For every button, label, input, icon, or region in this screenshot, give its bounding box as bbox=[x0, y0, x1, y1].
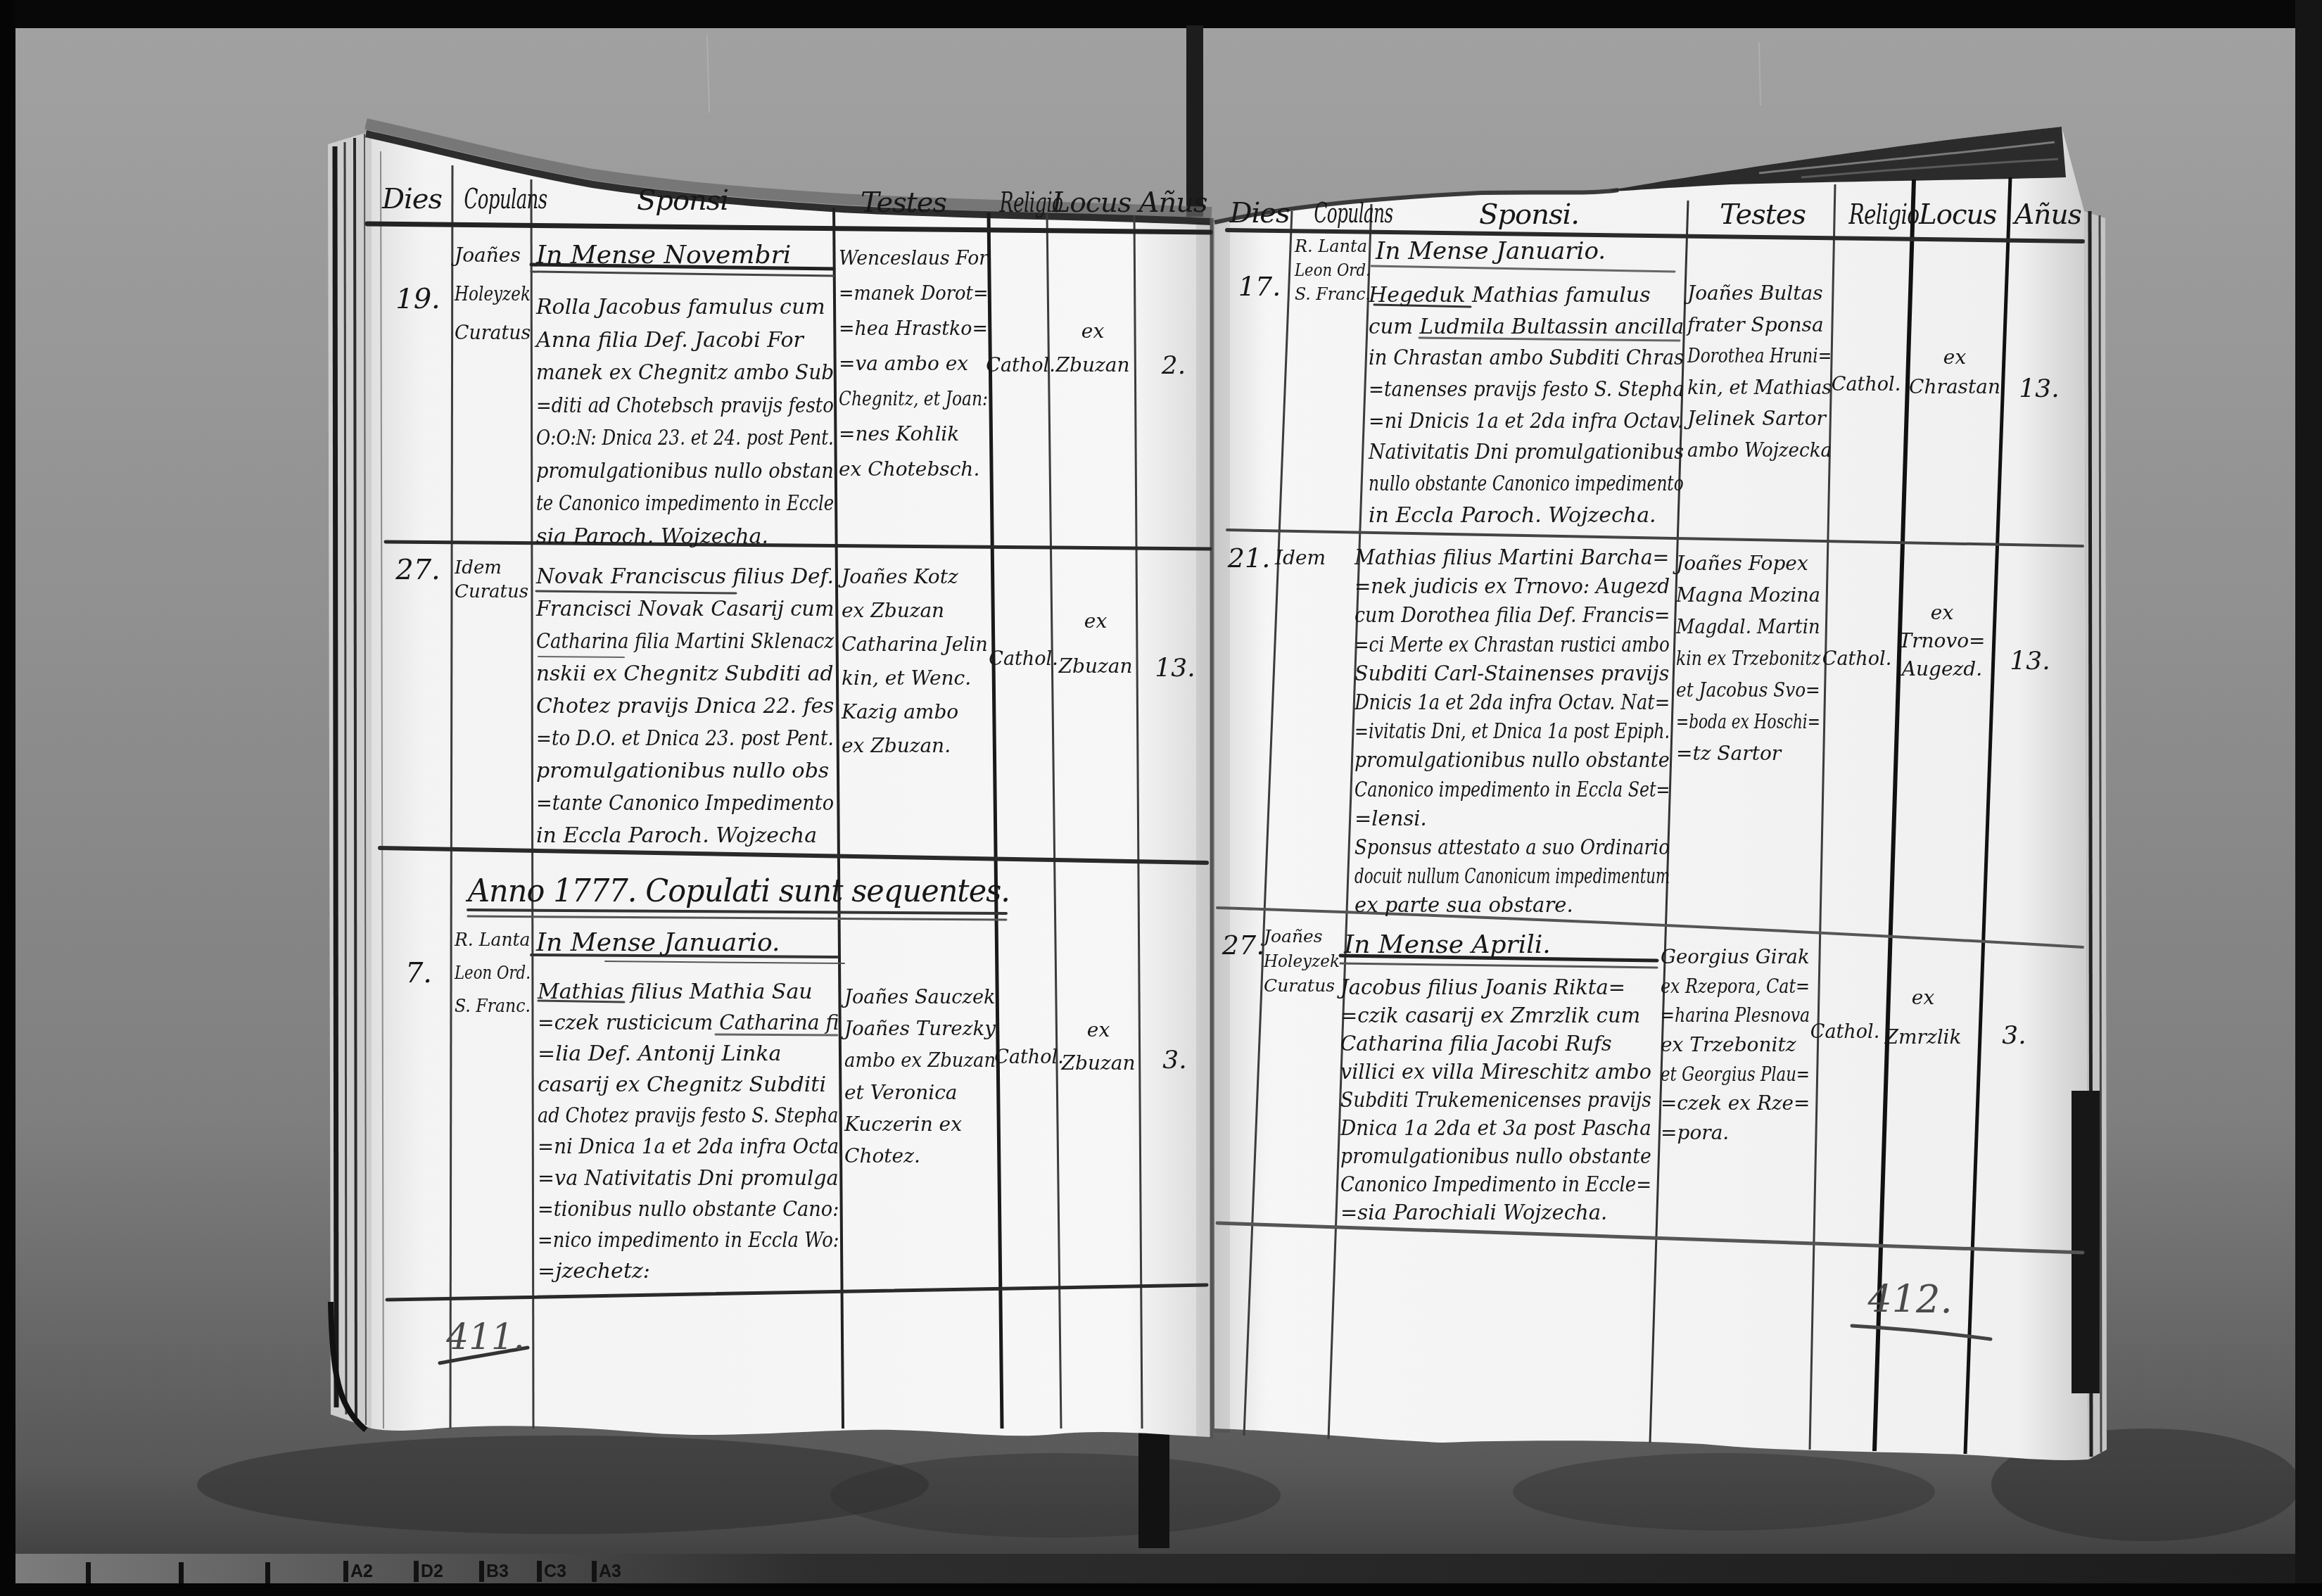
locus-line-text: ex bbox=[1931, 599, 1953, 627]
sponsi-line-text: =tanenses pravijs festo S. Stepha bbox=[1369, 374, 1684, 406]
locus-line: Zbuzan bbox=[1053, 644, 1138, 689]
testes-line-text: ex Zbuzan. bbox=[842, 729, 951, 763]
sponsi-line: =diti ad Chotebsch pravijs festo bbox=[536, 390, 834, 423]
testes-line: =nes Kohlik bbox=[839, 417, 988, 452]
header-locus-text: Locus bbox=[1052, 182, 1131, 224]
testes-line-text: =nes Kohlik bbox=[839, 417, 959, 452]
copulans-cell: JoañesHoleyzekCuratus bbox=[1264, 924, 1340, 998]
sponsi-line-text: Nativitatis Dni promulgationibus bbox=[1369, 437, 1684, 469]
sponsi-line: =nico impedimento in Eccla Wo: bbox=[538, 1225, 839, 1256]
header-dies: Dies bbox=[1228, 192, 1291, 234]
sponsi-line-text: Hegeduk Mathias famulus bbox=[1369, 280, 1651, 312]
copulans-line-text: Curatus bbox=[1264, 973, 1335, 998]
entry-day: 27. bbox=[386, 552, 450, 588]
sponsi-line-text: Canonico Impedimento in Eccle= bbox=[1340, 1170, 1651, 1198]
copulans-line: Curatus bbox=[455, 580, 531, 604]
month-heading-text: In Mense Januario. bbox=[536, 927, 780, 959]
testes-cell: Joañes SauczekJoañes Turezkyambo ex Zbuz… bbox=[844, 981, 996, 1172]
copulans-line: Leon Ord. bbox=[455, 957, 531, 990]
locus-line-text: Zbuzan bbox=[1056, 348, 1130, 382]
year-section-heading: Anno 1777. Copulati sunt sequentes. bbox=[468, 873, 1010, 911]
testes-cell: Joañes FopexMagna MozinaMagdal. Martinki… bbox=[1676, 547, 1820, 769]
sponsi-line-text: =ci Merte ex Chrastan rustici ambo bbox=[1354, 631, 1670, 659]
sponsi-line: ad Chotez pravijs festo S. Stepha bbox=[538, 1101, 839, 1132]
page-number-text: 411. bbox=[446, 1316, 524, 1358]
header-locus: Locus bbox=[1917, 194, 1995, 236]
sponsi-line-text: in Chrastan ambo Subditi Chras bbox=[1369, 343, 1684, 374]
sponsi-line-text: Subditi Trukemenicenses pravijs bbox=[1340, 1086, 1651, 1114]
testes-line-text: Dorothea Hruni= bbox=[1687, 341, 1832, 372]
sponsi-line: Dnicis 1a et 2da infra Octav. Nat= bbox=[1354, 688, 1670, 717]
header-sponsi: Sponsi bbox=[619, 179, 746, 222]
testes-line-text: kin ex Trzebonitz bbox=[1676, 642, 1820, 674]
sponsi-cell: Hegeduk Mathias famuluscum Ludmila Bulta… bbox=[1369, 280, 1684, 532]
sponsi-line: casarij ex Chegnitz Subditi bbox=[538, 1070, 839, 1101]
testes-line-text: ambo ex Zbuzan bbox=[844, 1044, 996, 1076]
sponsi-cell: Novak Franciscus filius Def.Francisci No… bbox=[536, 561, 834, 852]
sponsi-line: Canonico Impedimento in Eccle= bbox=[1340, 1170, 1651, 1198]
testes-line-text: Kazig ambo bbox=[842, 695, 958, 729]
copulans-cell: JoañesHoleyzekCuratus bbox=[455, 236, 531, 352]
sponsi-line-text: cum Ludmila Bultassin ancilla bbox=[1369, 312, 1684, 343]
sponsi-line: =jzechetz: bbox=[538, 1256, 839, 1287]
header-sponsi-text: Sponsi. bbox=[1479, 194, 1579, 236]
testes-line-text: frater Sponsa bbox=[1687, 310, 1824, 341]
sponsi-line-text: Subditi Carl-Stainenses pravijs bbox=[1354, 659, 1669, 688]
copulans-line: Curatus bbox=[455, 313, 531, 352]
testes-line: =hea Hrastko= bbox=[839, 311, 988, 346]
locus-line: Zmrzlik bbox=[1877, 1018, 1969, 1057]
annus-cell: 3. bbox=[1981, 1018, 2048, 1053]
left-fore-edge bbox=[328, 131, 372, 1430]
sponsi-line-text: =lensi. bbox=[1354, 804, 1427, 833]
locus-line-text: ex bbox=[1943, 343, 1966, 372]
copulans-line-text: Idem bbox=[455, 556, 502, 580]
sponsi-line: Catharina filia Jacobi Rufs bbox=[1340, 1030, 1651, 1058]
testes-line-text: ex Trzebonitz bbox=[1661, 1030, 1796, 1060]
annus-cell: 3. bbox=[1141, 1043, 1208, 1078]
sponsi-line: =lensi. bbox=[1354, 804, 1670, 833]
sponsi-line-text: Rolla Jacobus famulus cum bbox=[536, 291, 825, 324]
sponsi-line-text: Dnica 1a 2da et 3a post Pascha bbox=[1340, 1114, 1651, 1142]
entry-day-text: 27. bbox=[395, 552, 440, 588]
testes-line: ex Rzepora, Cat= bbox=[1661, 972, 1810, 1001]
sponsi-line-text: =nek judicis ex Trnovo: Augezd bbox=[1354, 572, 1670, 601]
sponsi-line-text: Anna filia Def. Jacobi For bbox=[536, 324, 804, 357]
header-dies-text: Dies bbox=[1229, 192, 1289, 234]
sponsi-line: promulgationibus nullo obs bbox=[536, 755, 834, 787]
film-marker: B3 bbox=[479, 1561, 509, 1582]
testes-line: ex Chotebsch. bbox=[839, 452, 988, 487]
sponsi-line-text: in Eccla Paroch. Wojzecha. bbox=[1369, 500, 1656, 532]
page-number: 412. bbox=[1863, 1277, 1958, 1322]
testes-line-text: kin, et Wenc. bbox=[842, 661, 971, 695]
sponsi-line-text: =ni Dnicis 1a et 2da infra Octav. bbox=[1369, 406, 1683, 438]
locus-cell: exZbuzan bbox=[1050, 315, 1136, 382]
copulans-line-text: Curatus bbox=[455, 313, 531, 352]
copulans-cell: R. LantaLeon Ord.S. Franc. bbox=[1295, 234, 1371, 306]
copulans-line-text: Holeyzek bbox=[455, 274, 531, 313]
testes-line-text: =manek Dorot= bbox=[839, 276, 988, 311]
entry-day-text: 7. bbox=[405, 956, 432, 991]
annus-text: 3. bbox=[1162, 1043, 1186, 1078]
header-copulans-text: Copulans bbox=[464, 178, 547, 220]
testes-line: ex Trzebonitz bbox=[1661, 1030, 1810, 1060]
locus-cell: exZbuzan bbox=[1053, 599, 1138, 689]
sponsi-line-text: =tante Canonico Impedimento bbox=[536, 787, 834, 820]
religio-cell: Cathol. bbox=[1828, 367, 1904, 403]
sponsi-line: Jacobus filius Joanis Rikta= bbox=[1340, 973, 1651, 1001]
testes-line: Wenceslaus For bbox=[839, 241, 988, 276]
sponsi-line: in Chrastan ambo Subditi Chras bbox=[1369, 343, 1684, 374]
testes-line-text: Chegnitz, et Joan: bbox=[839, 381, 988, 417]
sponsi-line-text: Chotez pravijs Dnica 22. fes bbox=[536, 690, 834, 723]
header-annus: Añus bbox=[2014, 194, 2081, 236]
month-heading: In Mense Januario. bbox=[536, 927, 837, 959]
testes-line-text: Joañes Fopex bbox=[1676, 547, 1808, 579]
sponsi-line: nskii ex Chegnitz Subditi ad bbox=[536, 658, 834, 690]
testes-line: Joañes Kotz bbox=[842, 560, 988, 594]
month-heading: In Mense Aprili. bbox=[1344, 929, 1647, 961]
sponsi-line: promulgationibus nullo obstante bbox=[1354, 746, 1670, 775]
sponsi-line-text: villici ex villa Mireschitz ambo bbox=[1340, 1058, 1651, 1086]
copulans-line: Idem bbox=[1275, 546, 1352, 570]
sponsi-line: te Canonico impedimento in Eccle bbox=[536, 488, 834, 521]
sponsi-cell: Rolla Jacobus famulus cumAnna filia Def.… bbox=[536, 291, 834, 553]
sponsi-line-text: Mathias filius Martini Barcha= bbox=[1354, 543, 1669, 572]
locus-cell: exChrastan bbox=[1905, 343, 2004, 402]
annus-text: 13. bbox=[1155, 651, 1195, 686]
religio-cell: Cathol. bbox=[1808, 1015, 1882, 1050]
sponsi-line-text: =diti ad Chotebsch pravijs festo bbox=[536, 390, 834, 423]
testes-line-text: ex Rzepora, Cat= bbox=[1661, 972, 1810, 1001]
testes-line-text: =tz Sartor bbox=[1676, 737, 1781, 769]
sponsi-line: in Eccla Paroch. Wojzecha bbox=[536, 820, 834, 852]
testes-line: Kazig ambo bbox=[842, 695, 988, 729]
sponsi-line: cum Ludmila Bultassin ancilla bbox=[1369, 312, 1684, 343]
sponsi-line-text: sia Paroch. Wojzecha. bbox=[536, 521, 768, 554]
sponsi-line: docuit nullum Canonicum impedimentum bbox=[1354, 862, 1670, 891]
sponsi-line: Sponsus attestato a suo Ordinario bbox=[1354, 833, 1670, 862]
locus-line-text: Zmrzlik bbox=[1884, 1018, 1961, 1057]
locus-line: ex bbox=[1894, 599, 1990, 627]
copulans-line: Curatus bbox=[1264, 973, 1340, 998]
locus-line-text: Zbuzan bbox=[1062, 1046, 1136, 1079]
sponsi-line-text: =lia Def. Antonij Linka bbox=[538, 1039, 781, 1070]
religio-text: Cathol. bbox=[1832, 367, 1901, 403]
religio-text: Cathol. bbox=[994, 1040, 1063, 1075]
sponsi-line: manek ex Chegnitz ambo Sub bbox=[536, 357, 834, 390]
testes-line: ambo ex Zbuzan bbox=[844, 1044, 996, 1076]
sponsi-line: Novak Franciscus filius Def. bbox=[536, 561, 834, 593]
testes-line: frater Sponsa bbox=[1687, 310, 1832, 341]
testes-line-text: Magdal. Martin bbox=[1676, 611, 1820, 642]
sponsi-line-text: =nico impedimento in Eccla Wo: bbox=[538, 1225, 839, 1256]
copulans-line: S. Franc. bbox=[1295, 282, 1371, 306]
header-copulans-text: Copulans bbox=[1314, 192, 1392, 234]
annus-text: 13. bbox=[2010, 644, 2050, 679]
testes-line: =harina Plesnova bbox=[1661, 1001, 1810, 1030]
testes-line-text: Catharina Jelin bbox=[842, 628, 988, 661]
header-dies-text: Dies bbox=[382, 178, 442, 220]
testes-line: et Georgius Plau= bbox=[1661, 1060, 1810, 1089]
sponsi-line-text: =to D.O. et Dnica 23. post Pent. bbox=[536, 723, 834, 755]
sponsi-line: O:O:N: Dnica 23. et 24. post Pent. bbox=[536, 422, 834, 455]
copulans-line-text: R. Lanta bbox=[1295, 234, 1367, 258]
header-annus-text: Añus bbox=[1139, 182, 1207, 224]
testes-line: Georgius Girak bbox=[1661, 942, 1810, 972]
sponsi-line-text: Francisci Novak Casarij cum bbox=[536, 593, 835, 626]
testes-line: kin, et Mathias bbox=[1687, 372, 1832, 404]
testes-line-text: =boda ex Hoschi= bbox=[1676, 706, 1820, 737]
sponsi-line: Chotez pravijs Dnica 22. fes bbox=[536, 690, 834, 723]
sponsi-line-text: Jacobus filius Joanis Rikta= bbox=[1340, 973, 1625, 1001]
testes-line: Chegnitz, et Joan: bbox=[839, 381, 988, 417]
testes-line: Kuczerin ex bbox=[844, 1108, 996, 1140]
sponsi-line-text: docuit nullum Canonicum impedimentum bbox=[1354, 862, 1670, 891]
header-annus-text: Añus bbox=[2015, 194, 2081, 236]
sponsi-line-text: promulgationibus nullo obstante bbox=[1340, 1142, 1651, 1170]
entry-day: 27. bbox=[1221, 927, 1266, 963]
annus-text: 3. bbox=[2002, 1018, 2026, 1053]
sponsi-line-text: nskii ex Chegnitz Subditi ad bbox=[536, 658, 833, 690]
testes-line-text: =czek ex Rze= bbox=[1661, 1089, 1810, 1118]
testes-line: Dorothea Hruni= bbox=[1687, 341, 1832, 372]
sponsi-line: =ni Dnicis 1a et 2da infra Octav. bbox=[1369, 406, 1684, 438]
entry-day: 17. bbox=[1233, 269, 1286, 304]
locus-line-text: ex bbox=[1081, 315, 1104, 348]
header-annus: Añus bbox=[1138, 182, 1207, 224]
testes-line: ex Zbuzan bbox=[842, 594, 988, 628]
sponsi-line-text: Dnicis 1a et 2da infra Octav. Nat= bbox=[1354, 688, 1670, 717]
header-testes: Testes bbox=[854, 182, 953, 224]
testes-line: ambo Wojzecka bbox=[1687, 435, 1832, 467]
religio-text: Cathol. bbox=[986, 348, 1055, 384]
month-heading-text: In Mense Novembri bbox=[536, 239, 791, 272]
sponsi-line: =ni Dnica 1a et 2da infra Octa bbox=[538, 1132, 839, 1163]
month-heading-text: In Mense Aprili. bbox=[1344, 929, 1551, 961]
locus-line: Zbuzan bbox=[1055, 1046, 1141, 1079]
testes-line-text: Joañes Turezky bbox=[844, 1013, 996, 1044]
sponsi-line: =sia Parochiali Wojzecha. bbox=[1340, 1198, 1651, 1227]
sponsi-line-text: in Eccla Paroch. Wojzecha bbox=[536, 820, 817, 852]
locus-line: ex bbox=[1055, 1013, 1141, 1046]
sponsi-line: sia Paroch. Wojzecha. bbox=[536, 521, 834, 554]
locus-line: Trnovo= bbox=[1894, 627, 1990, 655]
scan-artwork bbox=[0, 0, 2322, 1596]
religio-cell: Cathol. bbox=[984, 348, 1058, 384]
sponsi-line: =to D.O. et Dnica 23. post Pent. bbox=[536, 723, 834, 755]
header-copulans: Copulans bbox=[1290, 192, 1369, 234]
sponsi-line: in Eccla Paroch. Wojzecha. bbox=[1369, 500, 1684, 532]
testes-line: Magdal. Martin bbox=[1676, 611, 1820, 642]
testes-line: et Veronica bbox=[844, 1077, 996, 1108]
testes-line: Joañes Bultas bbox=[1687, 278, 1832, 310]
sponsi-line-text: Canonico impedimento in Eccla Set= bbox=[1354, 775, 1670, 804]
header-locus-text: Locus bbox=[1919, 194, 1996, 236]
sponsi-line-text: promulgationibus nullo obstante bbox=[1354, 746, 1670, 775]
sponsi-line-text: promulgationibus nullo obstan bbox=[536, 455, 834, 488]
sponsi-line: =ci Merte ex Chrastan rustici ambo bbox=[1354, 631, 1670, 659]
locus-line-text: Zbuzan bbox=[1059, 644, 1133, 689]
sponsi-cell: Mathias filius Mathia Sau=czek rusticicu… bbox=[538, 977, 839, 1287]
testes-line-text: =va ambo ex bbox=[839, 346, 968, 381]
entry-day: 7. bbox=[394, 956, 443, 991]
sponsi-line-text: =ni Dnica 1a et 2da infra Octa bbox=[538, 1132, 839, 1163]
sponsi-line-text: Sponsus attestato a suo Ordinario bbox=[1354, 833, 1670, 862]
film-marker: A3 bbox=[592, 1561, 621, 1582]
copulans-line-text: S. Franc. bbox=[455, 990, 531, 1023]
copulans-cell: R. LantaLeon Ord.S. Franc. bbox=[455, 924, 531, 1023]
entry-day: 19. bbox=[386, 281, 450, 317]
testes-line: Joañes Turezky bbox=[844, 1013, 996, 1044]
locus-line-text: Augezd. bbox=[1902, 655, 1982, 683]
locus-line-text: ex bbox=[1912, 978, 1934, 1018]
sponsi-line-text: ex parte sua obstare. bbox=[1354, 891, 1573, 920]
month-heading: In Mense Januario. bbox=[1376, 235, 1685, 267]
entry-day-text: 17. bbox=[1238, 269, 1281, 304]
sponsi-line-text: casarij ex Chegnitz Subditi bbox=[538, 1070, 826, 1101]
testes-line: et Jacobus Svo= bbox=[1676, 674, 1820, 706]
sponsi-line: =nek judicis ex Trnovo: Augezd bbox=[1354, 572, 1670, 601]
sponsi-line: =tanenses pravijs festo S. Stepha bbox=[1369, 374, 1684, 406]
copulans-line: Idem bbox=[455, 556, 531, 580]
testes-line-text: Magna Mozina bbox=[1676, 579, 1820, 611]
year-section-heading-text: Anno 1777. Copulati sunt sequentes. bbox=[468, 873, 1010, 911]
sponsi-line-text: =ivitatis Dni, et Dnica 1a post Epiph. bbox=[1354, 717, 1670, 746]
sponsi-line: promulgationibus nullo obstan bbox=[536, 455, 834, 488]
testes-line: =tz Sartor bbox=[1676, 737, 1820, 769]
sponsi-line-text: Mathias filius Mathia Sau bbox=[538, 977, 813, 1008]
sponsi-line-text: =jzechetz: bbox=[538, 1256, 650, 1287]
sponsi-line: Subditi Carl-Stainenses pravijs bbox=[1354, 659, 1670, 688]
testes-line-text: Jelinek Sartor bbox=[1687, 403, 1826, 435]
copulans-cell: IdemCuratus bbox=[455, 556, 531, 604]
testes-cell: Wenceslaus For=manek Dorot==hea Hrastko=… bbox=[839, 241, 988, 487]
film-marker: A2 bbox=[343, 1561, 373, 1582]
sponsi-line: =lia Def. Antonij Linka bbox=[538, 1039, 839, 1070]
annus-cell: 13. bbox=[2004, 372, 2074, 407]
sponsi-line: =czek rusticicum Catharina fi bbox=[538, 1008, 839, 1039]
header-religio: Religio bbox=[984, 182, 1047, 224]
testes-line: kin, et Wenc. bbox=[842, 661, 988, 695]
header-religio-text: Religio bbox=[1848, 194, 1919, 236]
sponsi-line: =tionibus nullo obstante Cano: bbox=[538, 1194, 839, 1225]
annus-cell: 13. bbox=[1140, 651, 1210, 686]
locus-line-text: ex bbox=[1084, 599, 1107, 644]
sponsi-line: =tante Canonico Impedimento bbox=[536, 787, 834, 820]
book-spine bbox=[1196, 218, 1230, 1439]
testes-line-text: Kuczerin ex bbox=[844, 1108, 962, 1140]
religio-text: Cathol. bbox=[1822, 642, 1891, 677]
sponsi-line: =va Nativitatis Dni promulga bbox=[538, 1163, 839, 1194]
sponsi-line: Dnica 1a 2da et 3a post Pascha bbox=[1340, 1114, 1651, 1142]
testes-line: =czek ex Rze= bbox=[1661, 1089, 1810, 1118]
copulans-line: R. Lanta bbox=[455, 924, 531, 957]
copulans-line-text: Leon Ord. bbox=[1295, 258, 1371, 282]
sponsi-line-text: =va Nativitatis Dni promulga bbox=[538, 1163, 839, 1194]
sponsi-line-text: te Canonico impedimento in Eccle bbox=[536, 488, 834, 521]
sponsi-line: villici ex villa Mireschitz ambo bbox=[1340, 1058, 1651, 1086]
locus-line: ex bbox=[1050, 315, 1136, 348]
testes-line: Chotez. bbox=[844, 1140, 996, 1172]
copulans-line: Joañes bbox=[455, 236, 531, 274]
annus-cell: 2. bbox=[1138, 348, 1209, 384]
copulans-line-text: Joañes bbox=[1264, 924, 1323, 949]
locus-line: Augezd. bbox=[1894, 655, 1990, 683]
locus-line-text: ex bbox=[1087, 1013, 1110, 1046]
header-copulans: Copulans bbox=[442, 178, 525, 220]
testes-line: =manek Dorot= bbox=[839, 276, 988, 311]
copulans-line: Joañes bbox=[1264, 924, 1340, 949]
testes-line-text: kin, et Mathias bbox=[1687, 372, 1832, 404]
header-locus: Locus bbox=[1051, 182, 1130, 224]
sponsi-line-text: nullo obstante Canonico impedimento bbox=[1369, 469, 1684, 500]
header-testes: Testes bbox=[1717, 194, 1808, 236]
sponsi-line: Francisci Novak Casarij cum bbox=[536, 593, 834, 626]
copulans-cell: Idem bbox=[1275, 546, 1352, 570]
sponsi-line-text: ad Chotez pravijs festo S. Stepha bbox=[538, 1101, 839, 1132]
copulans-line-text: Holeyzek bbox=[1264, 949, 1340, 973]
testes-line-text: Wenceslaus For bbox=[839, 241, 988, 276]
film-marker: D2 bbox=[414, 1561, 443, 1582]
locus-line-text: Trnovo= bbox=[1898, 627, 1985, 655]
testes-line-text: Joañes Kotz bbox=[842, 560, 958, 594]
film-marker: C3 bbox=[537, 1561, 566, 1582]
sponsi-cell: Jacobus filius Joanis Rikta==czik casari… bbox=[1340, 973, 1651, 1227]
testes-line-text: ambo Wojzecka bbox=[1687, 435, 1832, 467]
testes-line-text: ex Zbuzan bbox=[842, 594, 944, 628]
copulans-line: S. Franc. bbox=[455, 990, 531, 1023]
header-religio: Religio bbox=[1836, 194, 1907, 236]
testes-line: =boda ex Hoschi= bbox=[1676, 706, 1820, 737]
locus-cell: exTrnovo=Augezd. bbox=[1894, 599, 1990, 683]
testes-line: ex Zbuzan. bbox=[842, 729, 988, 763]
page-number-text: 412. bbox=[1867, 1277, 1952, 1322]
religio-cell: Cathol. bbox=[986, 642, 1060, 677]
copulans-line-text: Curatus bbox=[455, 580, 528, 604]
copulans-line-text: R. Lanta bbox=[455, 924, 531, 957]
locus-line: Chrastan bbox=[1905, 372, 2004, 402]
header-testes-text: Testes bbox=[861, 182, 946, 224]
sponsi-line: Anna filia Def. Jacobi For bbox=[536, 324, 834, 357]
copulans-line-text: Idem bbox=[1275, 546, 1326, 570]
copulans-line-text: Leon Ord. bbox=[455, 957, 531, 990]
sponsi-line: Rolla Jacobus famulus cum bbox=[536, 291, 834, 324]
sponsi-line: Mathias filius Martini Barcha= bbox=[1354, 543, 1670, 572]
religio-text: Cathol. bbox=[989, 642, 1058, 677]
testes-line-text: ex Chotebsch. bbox=[839, 452, 979, 487]
testes-line-text: Georgius Girak bbox=[1661, 942, 1810, 972]
copulans-line-text: S. Franc. bbox=[1295, 282, 1371, 306]
testes-line-text: =hea Hrastko= bbox=[839, 311, 988, 346]
locus-line: ex bbox=[1877, 978, 1969, 1018]
testes-cell: Georgius Girakex Rzepora, Cat==harina Pl… bbox=[1661, 942, 1810, 1148]
header-sponsi-text: Sponsi bbox=[637, 179, 728, 222]
sponsi-line: ex parte sua obstare. bbox=[1354, 891, 1670, 920]
locus-line: Zbuzan bbox=[1050, 348, 1136, 382]
sponsi-line-text: =sia Parochiali Wojzecha. bbox=[1340, 1198, 1607, 1227]
locus-line-text: Chrastan bbox=[1909, 372, 2000, 402]
annus-text: 13. bbox=[2019, 372, 2059, 407]
sponsi-line-text: =czek rusticicum Catharina fi bbox=[538, 1008, 839, 1039]
testes-line: Joañes Sauczek bbox=[844, 981, 996, 1013]
sponsi-line: Nativitatis Dni promulgationibus bbox=[1369, 437, 1684, 469]
sponsi-line-text: Catharina filia Martini Sklenacz bbox=[536, 626, 834, 658]
locus-cell: exZmrzlik bbox=[1877, 978, 1969, 1057]
testes-line: =pora. bbox=[1661, 1118, 1810, 1148]
testes-line-text: =pora. bbox=[1661, 1118, 1729, 1148]
